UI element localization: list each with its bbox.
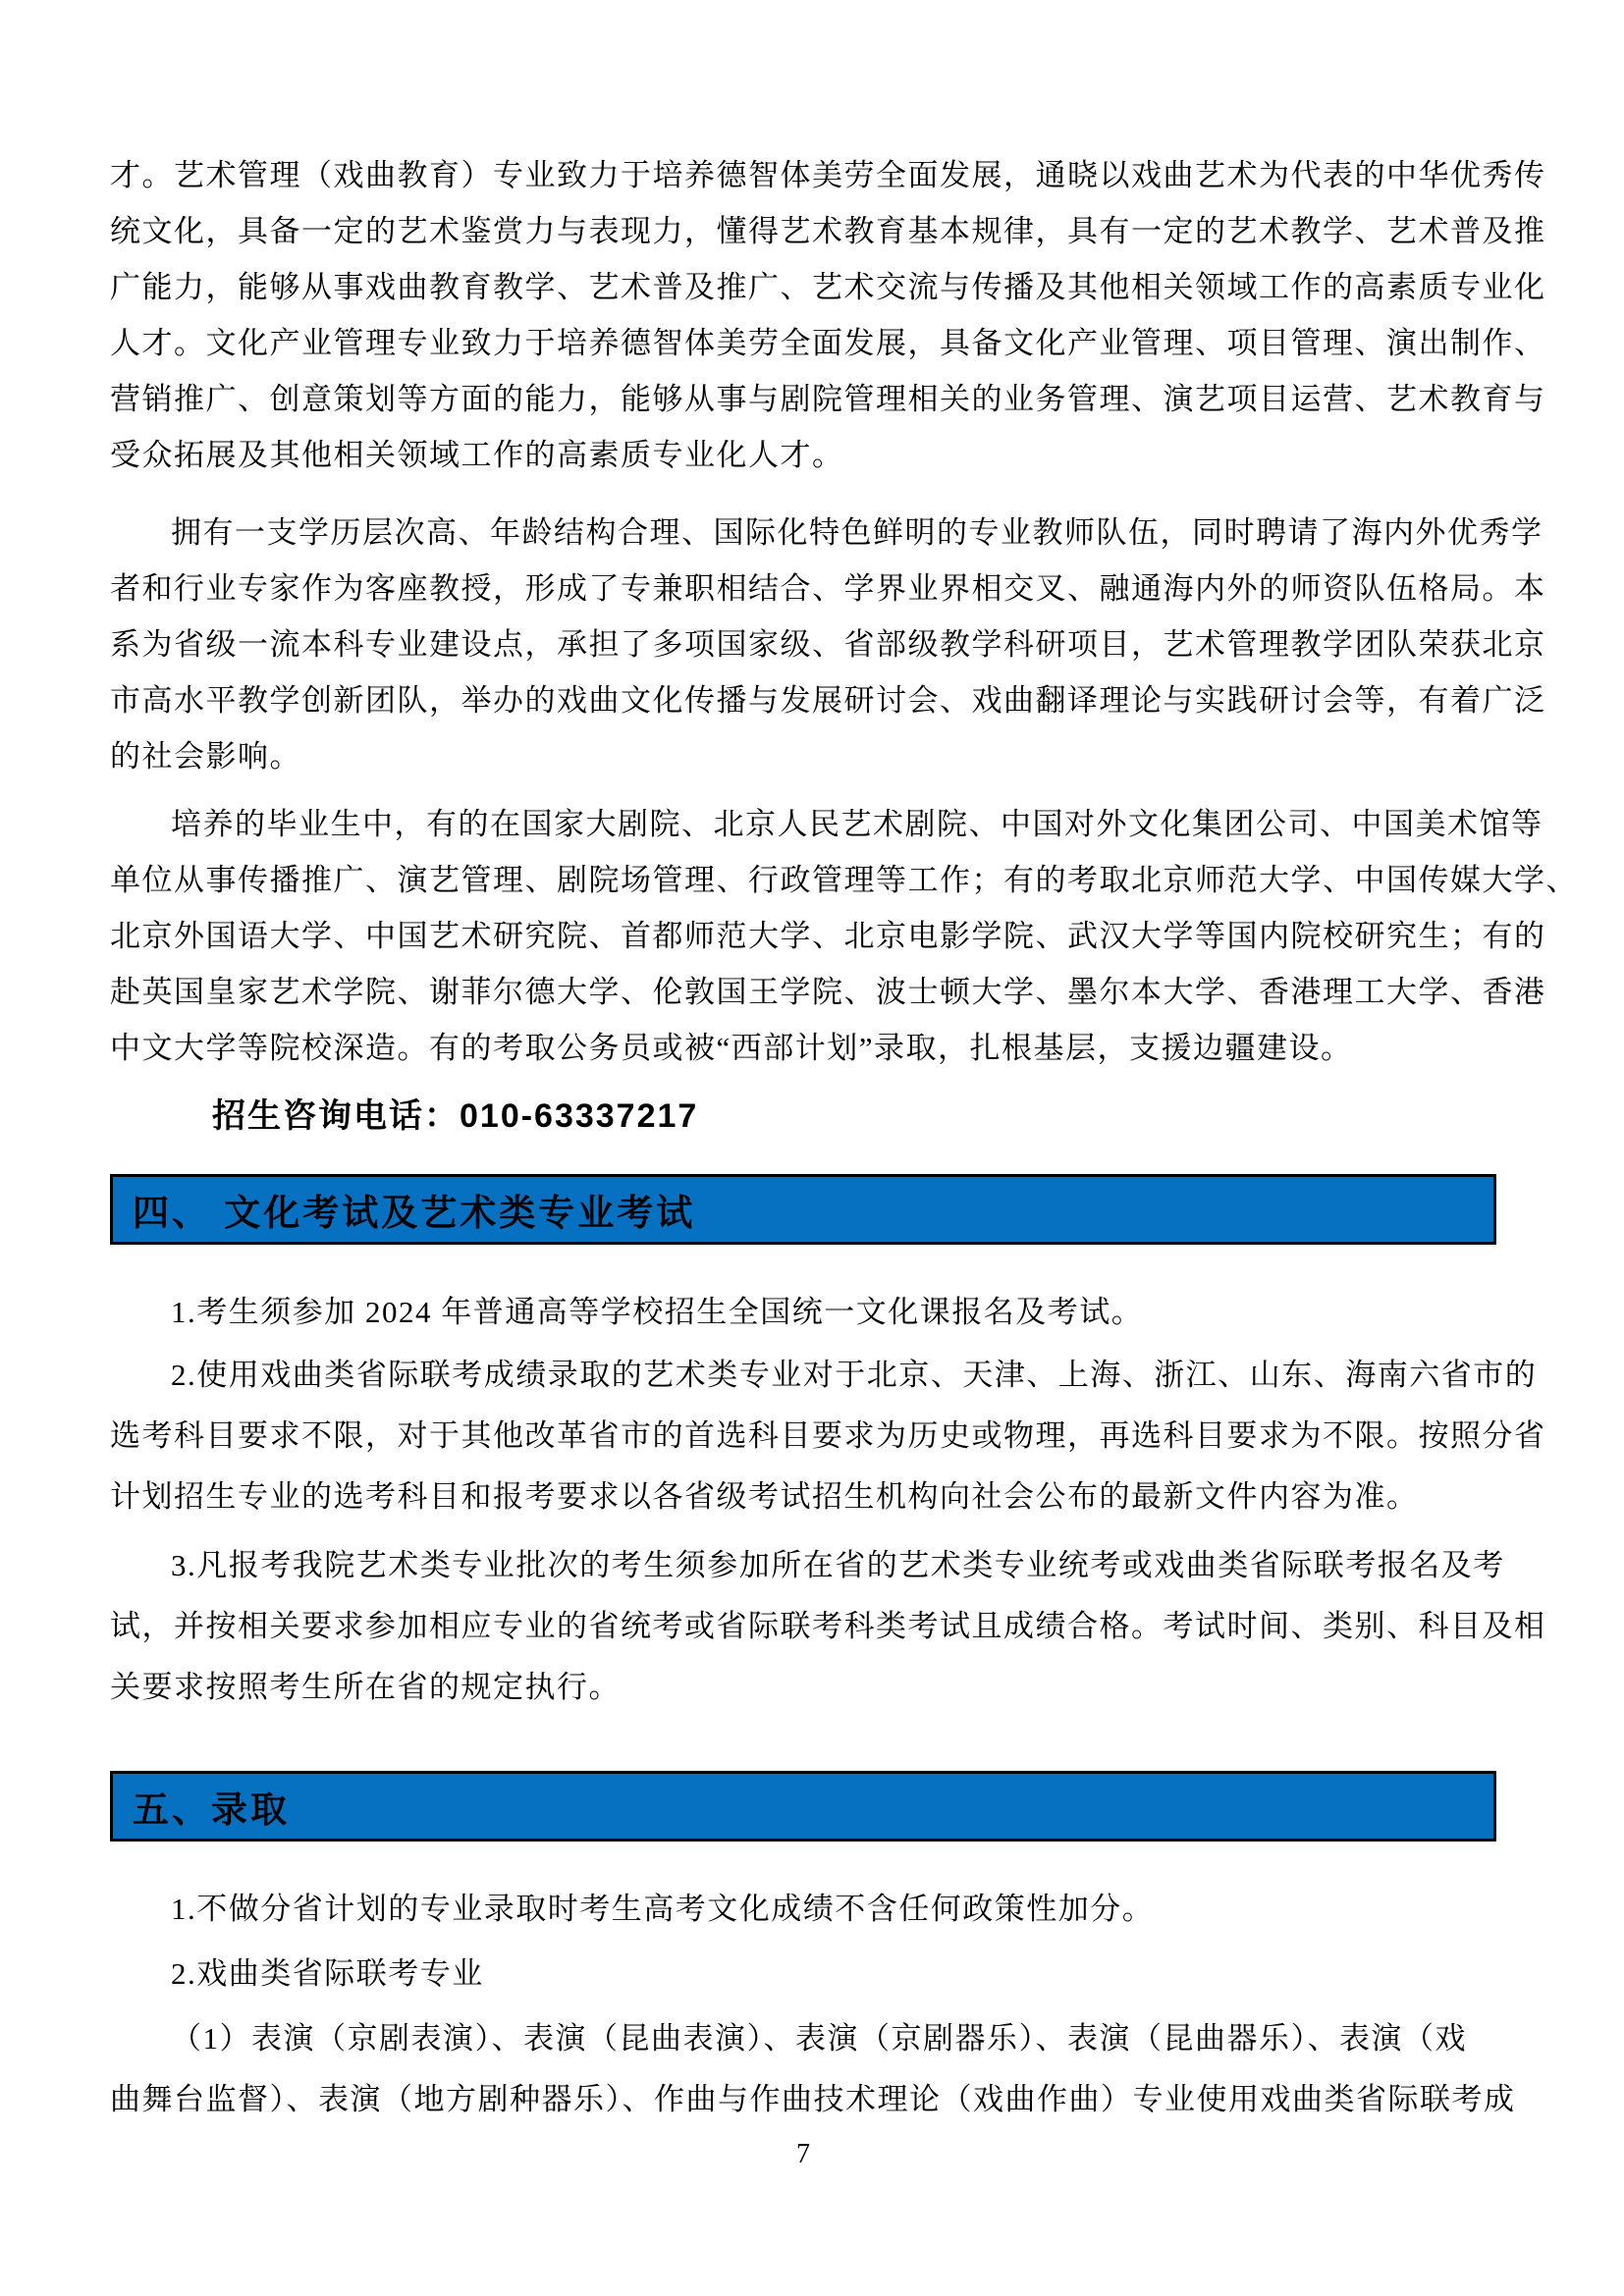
- document-page: { "accent_blue": "#0771C1", "intro": { "…: [0, 0, 1624, 2296]
- page-number: 7: [110, 2138, 1496, 2171]
- paragraph-line: 系为省级一流本科专业建设点，承担了多项国家级、省部级教学科研项目，艺术管理教学团…: [110, 616, 1496, 672]
- section5-item-2-sub-1: （1）表演（京剧表演）、表演（昆曲表演）、表演（京剧器乐）、表演（昆曲器乐）、表…: [110, 2008, 1496, 2130]
- paragraph-line: 2.使用戏曲类省际联考成绩录取的艺术类专业对于北京、天津、上海、浙江、山东、海南…: [110, 1345, 1496, 1406]
- paragraph-line: 营销推广、创意策划等方面的能力，能够从事与剧院管理相关的业务管理、演艺项目运营、…: [110, 371, 1496, 427]
- section-4-banner: 四、 文化考试及艺术类专业考试: [110, 1174, 1496, 1245]
- section5-item-2: 2.戏曲类省际联考专业: [110, 1944, 1496, 2004]
- section4-item-1: 1.考生须参加 2024 年普通高等学校招生全国统一文化课报名及考试。: [110, 1282, 1496, 1343]
- section-5-banner: 五、录取: [110, 1771, 1496, 1842]
- paragraph-line: 统文化，具备一定的艺术鉴赏力与表现力，懂得艺术教育基本规律，具有一定的艺术教学、…: [110, 203, 1496, 259]
- paragraph-line: （1）表演（京剧表演）、表演（昆曲表演）、表演（京剧器乐）、表演（昆曲器乐）、表…: [110, 2008, 1496, 2069]
- paragraph-line: 赴英国皇家艺术学院、谢菲尔德大学、伦敦国王学院、波士顿大学、墨尔本大学、香港理工…: [110, 964, 1496, 1020]
- paragraph-line: 的社会影响。: [110, 728, 1496, 784]
- section-4-heading: 四、 文化考试及艺术类专业考试: [133, 1183, 695, 1236]
- admissions-phone-line: 招生咨询电话：010-63337217: [110, 1094, 1496, 1139]
- section4-item-2: 2.使用戏曲类省际联考成绩录取的艺术类专业对于北京、天津、上海、浙江、山东、海南…: [110, 1345, 1496, 1527]
- paragraph-line: 培养的毕业生中，有的在国家大剧院、北京人民艺术剧院、中国对外文化集团公司、中国美…: [110, 796, 1496, 852]
- paragraph-line: 广能力，能够从事戏曲教育教学、艺术普及推广、艺术交流与传播及其他相关领域工作的高…: [110, 259, 1496, 315]
- paragraph-line: 者和行业专家作为客座教授，形成了专兼职相结合、学界业界相交叉、融通海内外的师资队…: [110, 561, 1496, 616]
- paragraph-line: 计划招生专业的选考科目和报考要求以各省级考试招生机构向社会公布的最新文件内容为准…: [110, 1467, 1496, 1527]
- paragraph-line: 关要求按照考生所在省的规定执行。: [110, 1657, 1496, 1718]
- paragraph-line: 市高水平教学创新团队，举办的戏曲文化传播与发展研讨会、戏曲翻译理论与实践研讨会等…: [110, 672, 1496, 728]
- paragraph-line: 拥有一支学历层次高、年龄结构合理、国际化特色鲜明的专业教师队伍，同时聘请了海内外…: [110, 505, 1496, 561]
- paragraph-line: 中文大学等院校深造。有的考取公务员或被“西部计划”录取，扎根基层，支援边疆建设。: [110, 1020, 1496, 1076]
- section5-item-1: 1.不做分省计划的专业录取时考生高考文化成绩不含任何政策性加分。: [110, 1879, 1496, 1940]
- paragraph-line: 人才。文化产业管理专业致力于培养德智体美劳全面发展，具备文化产业管理、项目管理、…: [110, 315, 1496, 371]
- page-content: 才。艺术管理（戏曲教育）专业致力于培养德智体美劳全面发展，通晓以戏曲艺术为代表的…: [110, 0, 1496, 2171]
- paragraph-line: 北京外国语大学、中国艺术研究院、首都师范大学、北京电影学院、武汉大学等国内院校研…: [110, 908, 1496, 964]
- paragraph-line: 曲舞台监督）、表演（地方剧种器乐）、作曲与作曲技术理论（戏曲作曲）专业使用戏曲类…: [110, 2069, 1496, 2130]
- section-5-heading: 五、录取: [133, 1780, 290, 1833]
- section4-item-3: 3.凡报考我院艺术类专业批次的考生须参加所在省的艺术类专业统考或戏曲类省际联考报…: [110, 1535, 1496, 1718]
- intro-paragraph-b: 拥有一支学历层次高、年龄结构合理、国际化特色鲜明的专业教师队伍，同时聘请了海内外…: [110, 505, 1496, 784]
- paragraph-line: 3.凡报考我院艺术类专业批次的考生须参加所在省的艺术类专业统考或戏曲类省际联考报…: [110, 1535, 1496, 1596]
- paragraph-line: 试，并按相关要求参加相应专业的省统考或省际联考科类考试且成绩合格。考试时间、类别…: [110, 1596, 1496, 1657]
- intro-paragraph-a: 才。艺术管理（戏曲教育）专业致力于培养德智体美劳全面发展，通晓以戏曲艺术为代表的…: [110, 147, 1496, 483]
- paragraph-line: 选考科目要求不限，对于其他改革省市的首选科目要求为历史或物理，再选科目要求为不限…: [110, 1406, 1496, 1467]
- paragraph-line: 才。艺术管理（戏曲教育）专业致力于培养德智体美劳全面发展，通晓以戏曲艺术为代表的…: [110, 147, 1496, 203]
- intro-paragraph-c: 培养的毕业生中，有的在国家大剧院、北京人民艺术剧院、中国对外文化集团公司、中国美…: [110, 796, 1496, 1076]
- paragraph-line: 受众拓展及其他相关领域工作的高素质专业化人才。: [110, 427, 1496, 483]
- paragraph-line: 单位从事传播推广、演艺管理、剧院场管理、行政管理等工作；有的考取北京师范大学、中…: [110, 852, 1496, 908]
